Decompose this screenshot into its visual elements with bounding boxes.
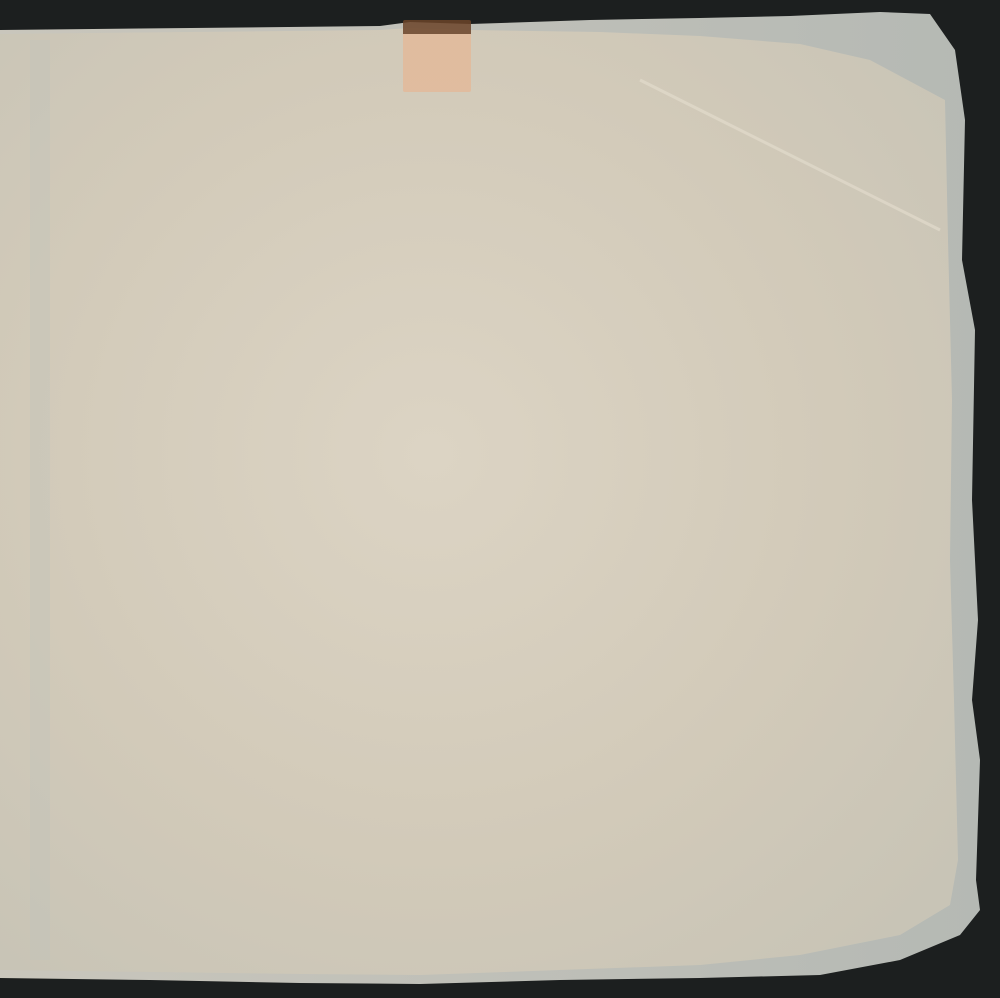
paper-sheet — [0, 0, 1000, 998]
paper-surface — [0, 28, 958, 975]
paper-tab — [403, 20, 471, 92]
spine-shade — [30, 40, 50, 960]
photo-scene — [0, 0, 1000, 998]
